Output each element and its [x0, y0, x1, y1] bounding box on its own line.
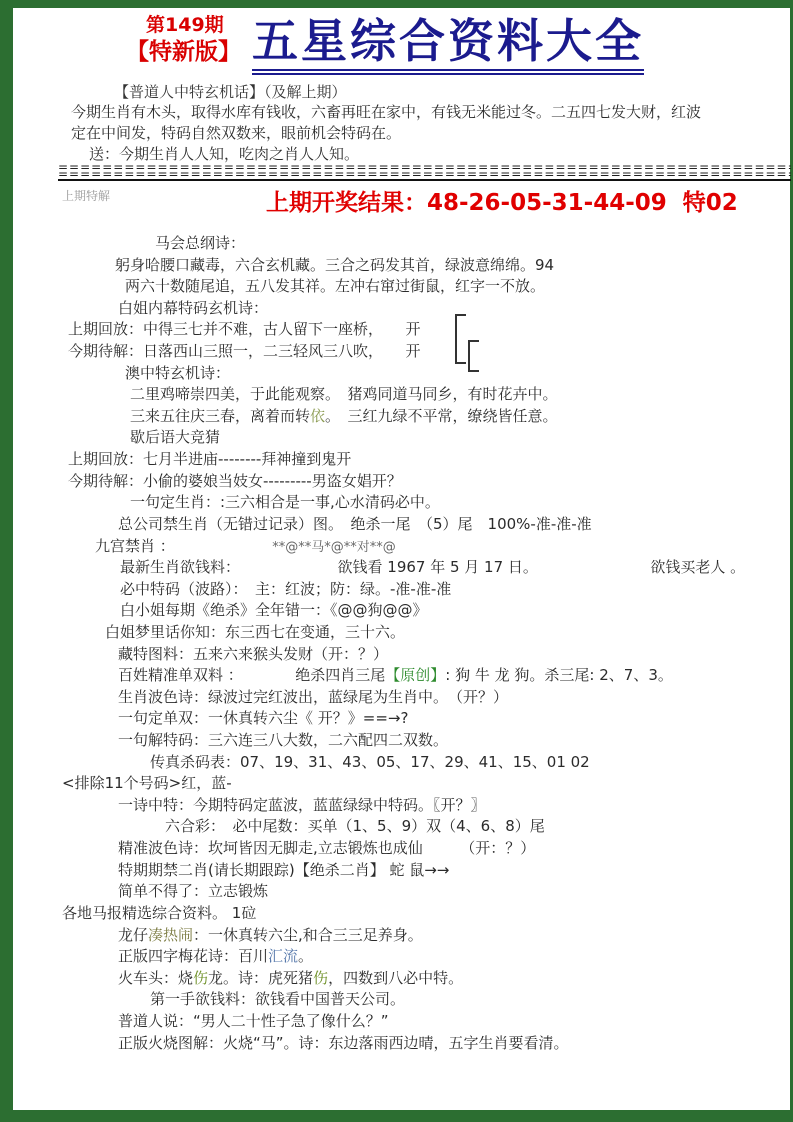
text-line: 总公司禁生肖（无错过记录）图。 绝杀一尾 （5）尾 100%-准-准-准 [118, 513, 793, 535]
text-part: 普道人说：“男人二十性子急了像什么？” [118, 1012, 389, 1030]
text-part: 正版火烧图解：火烧“马”。诗：东边落雨西边晴，五字生肖要看清。 [118, 1034, 569, 1052]
text-line: 第一手欲钱料：欲钱看中国普天公司。 [150, 988, 793, 1010]
text-part: <排除11个号码>红，蓝- [62, 774, 232, 792]
text-line: <排除11个号码>红，蓝- [62, 772, 793, 794]
text-line: 六合彩： 必中尾数：买单（1、5、9）双（4、6、8）尾 [165, 815, 793, 837]
text-line: 火车头：烧伤龙。诗：虎死猪伤，四数到八必中特。 [118, 967, 793, 989]
text-line: 上期回放：七月半进庙--------拜神撞到鬼开 [68, 448, 793, 470]
text-line: 歇后语大竞猜 [130, 426, 793, 448]
text-line: 一句解特码：三六连三八大数，二六配四二双数。 [118, 729, 793, 751]
text-line: 正版四字梅花诗：百川汇流。 [118, 945, 793, 967]
text-line: 躬身哈腰口藏毒，六合玄机藏。三合之码发其首，绿波意绵绵。94 [115, 254, 793, 276]
text-part: 特期期禁二肖(请长期跟踪)【绝杀二肖】 蛇 鼠→→ [118, 861, 449, 879]
text-part: 。 三红九绿不平常，缭绕皆任意。 [325, 407, 558, 425]
text-part: 伤 [193, 969, 208, 987]
text-part: 正版四字梅花诗：百川 [118, 947, 268, 965]
text-part: 一诗中特：今期特码定蓝波，蓝蓝绿绿中特码。〖开？〗 [118, 796, 486, 814]
text-line: 正版火烧图解：火烧“马”。诗：东边落雨西边晴，五字生肖要看清。 [118, 1032, 793, 1054]
text-part: 伤 [313, 969, 328, 987]
text-part: 龙仔 [118, 926, 148, 944]
frame-border-top [0, 0, 793, 8]
text-line: 各地马报精选综合资料。 1砬 [62, 902, 793, 924]
text-part: 歇后语大竞猜 [130, 428, 220, 446]
text-part: 龙。诗：虎死猪 [208, 969, 313, 987]
text-line: 一诗中特：今期特码定蓝波，蓝蓝绿绿中特码。〖开？〗 [118, 794, 793, 816]
text-line: 今期待解：日落西山三照一，二三轻风三八吹， 开 [68, 340, 793, 362]
text-line: 今期待解：小偷的婆娘当妓女---------男盗女娼开？ [68, 470, 793, 492]
text-part: 生肖波色诗：绿波过完红波出，蓝绿尾为生肖中。 （开？） [118, 688, 508, 706]
text-part: 凑热闹 [148, 926, 193, 944]
text-part: ，四数到八必中特。 [328, 969, 463, 987]
text-part: 上期回放：中得三七并不难，古人留下一座桥， 开 [68, 320, 421, 338]
separator-row: ========================================… [58, 164, 791, 171]
text-part: 白姐内幕特码玄机诗： [118, 299, 268, 317]
text-part: 三来五往庆三春，离着而转 [130, 407, 310, 425]
last-draw-result: 上期开奖结果：48-26-05-31-44-09 特02 [266, 184, 738, 217]
text-part: 澳中特玄机诗： [125, 364, 230, 382]
text-line: 一句定生肖：:三六相合是一事,心水清码必中。 [130, 491, 793, 513]
text-part: 简单不得了：立志锻炼 [118, 882, 268, 900]
text-part: 总公司禁生肖（无错过记录）图。 绝杀一尾 （5）尾 100%-准-准-准 [118, 515, 592, 533]
text-part: 今期待解：日落西山三照一，二三轻风三八吹， 开 [68, 342, 421, 360]
text-part: 马会总纲诗： [155, 234, 245, 252]
text-part: 六合彩： 必中尾数：买单（1、5、9）双（4、6、8）尾 [165, 817, 545, 835]
separator-rule: ========================================… [58, 164, 791, 181]
text-part: 精准波色诗：坎坷皆因无脚走,立志锻炼也成仙 （开：？） [118, 839, 535, 857]
text-part: 火车头：烧 [118, 969, 193, 987]
text-part: 必中特码（波路）： 主：红波；防：绿。-准-准-准 [120, 580, 451, 598]
text-part: 躬身哈腰口藏毒，六合玄机藏。三合之码发其首，绿波意绵绵。94 [115, 256, 554, 274]
intro-line: 送：今期生肖人人知，吃肉之肖人人知。 [89, 143, 359, 164]
separator-row: ========================================… [58, 171, 791, 178]
text-part: 各地马报精选综合资料。 1砬 [62, 904, 256, 922]
text-part: 传真杀码表：07、19、31、43、05、17、29、41、15、01 02 [150, 753, 590, 771]
intro-line: 今期生肖有木头，取得水库有钱收，六畜再旺在家中，有钱无米能过冬。二五四七发大财，… [71, 101, 701, 122]
frame-border-bottom [0, 1110, 793, 1122]
text-part: 两六十数随尾追，五八发其祥。左冲右窜过街鼠，红字一不放。 [125, 277, 545, 295]
text-part: 百姓精准单双料 ： 绝杀四肖三尾 [118, 666, 385, 684]
text-part: 藏特图料：五来六来猴头发财（开：？） [118, 645, 388, 663]
text-part: 一句定单双：一休真转六尘《 开？》==→? [118, 709, 408, 727]
text-line: 简单不得了：立志锻炼 [118, 880, 793, 902]
text-line: 藏特图料：五来六来猴头发财（开：？） [118, 643, 793, 665]
text-line: 两六十数随尾追，五八发其祥。左冲右窜过街鼠，红字一不放。 [125, 275, 793, 297]
text-part: 上期回放：七月半进庙--------拜神撞到鬼开 [68, 450, 351, 468]
text-line: 三来五往庆三春，离着而转依。 三红九绿不平常，缭绕皆任意。 [130, 405, 793, 427]
text-part: 二里鸡啼崇四美，于此能观察。 猪鸡同道马同乡，有时花卉中。 [130, 385, 558, 403]
text-line: 一句定单双：一休真转六尘《 开？》==→? [118, 707, 793, 729]
text-line: 澳中特玄机诗： [125, 362, 793, 384]
text-part: : 狗 牛 龙 狗。杀三尾: 2、7、3。 [445, 666, 673, 684]
text-part: 白姐梦里话你知：东三西七在变通，三十六。 [105, 623, 405, 641]
text-line: 二里鸡啼崇四美，于此能观察。 猪鸡同道马同乡，有时花卉中。 [130, 383, 793, 405]
body-lines: 马会总纲诗：躬身哈腰口藏毒，六合玄机藏。三合之码发其首，绿波意绵绵。94两六十数… [0, 232, 793, 1053]
text-line: 马会总纲诗： [155, 232, 793, 254]
text-line: 九宫禁肖 ： **@**马*@**对**@ [95, 535, 793, 557]
text-line: 特期期禁二肖(请长期跟踪)【绝杀二肖】 蛇 鼠→→ [118, 859, 793, 881]
faint-note: 上期特解 [62, 187, 110, 204]
text-part: 。 [298, 947, 313, 965]
text-line: 百姓精准单双料 ： 绝杀四肖三尾【原创】: 狗 牛 龙 狗。杀三尾: 2、7、3… [118, 664, 793, 686]
text-line: 普道人说：“男人二十性子急了像什么？” [118, 1010, 793, 1032]
text-part: 一句解特码：三六连三八大数，二六配四二双数。 [118, 731, 448, 749]
lottery-info-sheet: 第149期 【特新版】 五星综合资料大全 【普道人中特玄机话】（及解上期） 今期… [0, 0, 793, 1122]
text-line: 白小姐每期《绝杀》全年错一：《@@狗@@》 [120, 599, 793, 621]
text-part: 九宫禁肖 ： [95, 537, 272, 555]
text-part: 汇流 [268, 947, 298, 965]
text-line: 上期回放：中得三七并不难，古人留下一座桥， 开 [68, 318, 793, 340]
intro-heading: 【普道人中特玄机话】（及解上期） [114, 81, 347, 102]
text-part: **@**马*@**对**@ [272, 540, 396, 555]
text-part: 最新生肖欲钱料： 欲钱看 1967 年 5 月 17 日。 欲钱买老人 。 [120, 558, 745, 576]
text-part: 依 [310, 407, 325, 425]
edition-tag: 【特新版】 [126, 33, 241, 66]
text-part: 【原创】 [385, 666, 445, 684]
text-line: 生肖波色诗：绿波过完红波出，蓝绿尾为生肖中。 （开？） [118, 686, 793, 708]
intro-line: 定在中间发，特码自然双数来，眼前机会特码在。 [71, 122, 401, 143]
text-line: 必中特码（波路）： 主：红波；防：绿。-准-准-准 [120, 578, 793, 600]
text-line: 最新生肖欲钱料： 欲钱看 1967 年 5 月 17 日。 欲钱买老人 。 [120, 556, 793, 578]
page-title: 五星综合资料大全 [252, 16, 644, 75]
text-line: 精准波色诗：坎坷皆因无脚走,立志锻炼也成仙 （开：？） [118, 837, 793, 859]
text-line: 白姐梦里话你知：东三西七在变通，三十六。 [105, 621, 793, 643]
text-part: 今期待解：小偷的婆娘当妓女---------男盗女娼开？ [68, 472, 402, 490]
text-line: 传真杀码表：07、19、31、43、05、17、29、41、15、01 02 [150, 751, 793, 773]
text-line: 龙仔凑热闹：一休真转六尘,和合三三足养身。 [118, 924, 793, 946]
text-line: 白姐内幕特码玄机诗： [118, 297, 793, 319]
text-part: 白小姐每期《绝杀》全年错一：《@@狗@@》 [120, 601, 428, 619]
text-part: 一句定生肖：:三六相合是一事,心水清码必中。 [130, 493, 440, 511]
text-part: 第一手欲钱料：欲钱看中国普天公司。 [150, 990, 405, 1008]
text-part: ：一休真转六尘,和合三三足养身。 [193, 926, 423, 944]
